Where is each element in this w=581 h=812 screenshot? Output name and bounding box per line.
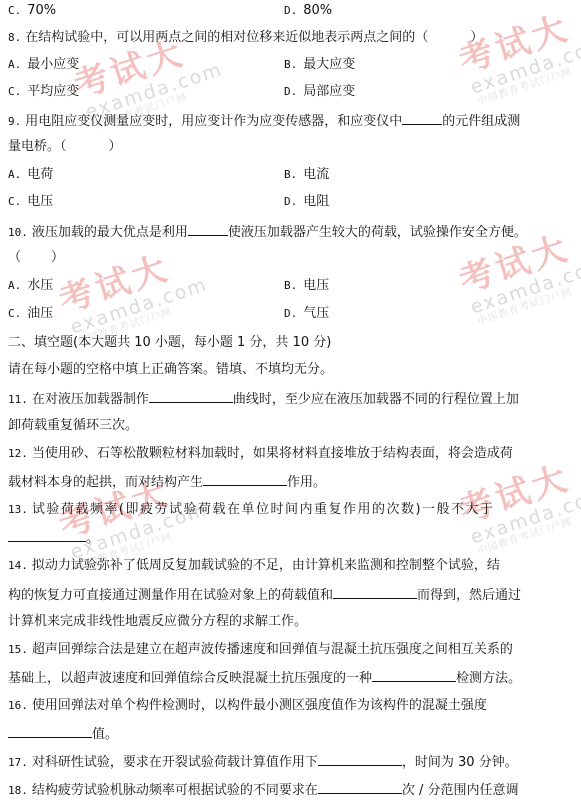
answer-blank — [8, 527, 86, 542]
option-b: B.最大应变 — [284, 55, 355, 75]
answer-blank — [402, 110, 442, 125]
q8-options-row-2: C.平均应变 D.局部应变 — [8, 82, 573, 102]
section-instruction: 请在每小题的空格中填上正确答案。错填、不填均无分。 — [8, 360, 573, 380]
question-12: 12.当使用砂、石等松散颗粒材料加载时，如果将材料直接堆放于结构表面，将会造成荷 — [8, 444, 573, 464]
question-13-cont: 。 — [8, 527, 573, 547]
question-16: 16.使用回弹法对单个构件检测时，以构件最小测区强度值作为该构件的混凝土强度 — [8, 696, 573, 716]
question-14: 14.拟动力试验弥补了低周反复加载试验的不足，由计算机来监测和控制整个试验，结 — [8, 556, 573, 576]
answer-blank — [318, 751, 402, 766]
answer-blank — [203, 471, 287, 486]
option-b: B.电流 — [284, 165, 329, 185]
option-a: A.电荷 — [8, 165, 53, 185]
question-14-cont2: 计算机来完成非线性地震反应微分方程的求解工作。 — [8, 612, 573, 632]
exam-page: 考试大 examda.com 中国教育考试门户网 考试大 examda.com … — [0, 0, 581, 812]
question-9-stem: 9.用电阻应变仪测量应变时，用应变计作为应变传感器，和应变仪中的元件组成测 — [8, 110, 573, 130]
answer-blank — [318, 779, 402, 794]
answer-blank — [188, 221, 228, 236]
q9-options-row-1: A.电荷 B.电流 — [8, 165, 573, 185]
option-c: C.电压 — [8, 192, 53, 212]
answer-blank — [149, 388, 233, 403]
answer-blank — [333, 584, 417, 599]
question-9-stem-cont: 量电桥。（） — [8, 137, 573, 157]
question-12-cont: 载材料本身的起拱，而对结构产生作用。 — [8, 471, 573, 491]
question-10-stem-cont: （） — [8, 248, 573, 268]
option-a: A.水压 — [8, 276, 53, 296]
question-16-cont: 值。 — [8, 723, 573, 743]
option-b: B.电压 — [284, 276, 329, 296]
answer-blank — [372, 667, 456, 682]
option-c: C.70% — [8, 1, 56, 21]
option-d: D.局部应变 — [284, 82, 355, 102]
question-14-cont: 构的恢复力可直接通过测量作用在试验对象上的荷载值和而得到，然后通过 — [8, 584, 573, 604]
q8-options-row-1: A.最小应变 B.最大应变 — [8, 55, 573, 75]
question-11: 11.在对液压加载器制作曲线时，至少应在液压加载器不同的行程位置上加 — [8, 388, 573, 408]
q10-options-row-1: A.水压 B.电压 — [8, 276, 573, 296]
answer-blank — [8, 723, 92, 738]
question-15-cont: 基础上，以超声波速度和回弹值综合反映混凝土抗压强度的一种检测方法。 — [8, 667, 573, 687]
option-c: C.平均应变 — [8, 82, 79, 102]
q7-options-row: C.70% D.80% — [8, 1, 573, 21]
option-d: D.气压 — [284, 304, 329, 324]
option-d: D.电阻 — [284, 192, 329, 212]
option-a: A.最小应变 — [8, 55, 79, 75]
question-13: 13.试验荷载频率(即疲劳试验荷载在单位时间内重复作用的次数)一般不大于 — [8, 500, 573, 520]
question-18: 18.结构疲劳试验机脉动频率可根据试验的不同要求在次 / 分范围内任意调 — [8, 779, 573, 799]
q10-options-row-2: C.油压 D.气压 — [8, 304, 573, 324]
option-c: C.油压 — [8, 304, 53, 324]
question-15: 15.超声回弹综合法是建立在超声波传播速度和回弹值与混凝土抗压强度之间相互关系的 — [8, 640, 573, 660]
q9-options-row-2: C.电压 D.电阻 — [8, 192, 573, 212]
question-10-stem: 10.液压加载的最大优点是利用使液压加载器产生较大的荷载，试验操作安全方便。 — [8, 221, 573, 241]
question-11-cont: 卸荷载重复循环三次。 — [8, 416, 573, 436]
section-heading: 二、填空题(本大题共 10 小题，每小题 1 分，共 10 分) — [8, 333, 573, 353]
option-d: D.80% — [284, 1, 332, 21]
question-17: 17.对科研性试验，要求在开裂试验荷载计算值作用下，时间为 30 分钟。 — [8, 751, 573, 771]
question-8-stem: 8.在结构试验中，可以用两点之间的相对位移来近似地表示两点之间的（） — [8, 28, 573, 48]
